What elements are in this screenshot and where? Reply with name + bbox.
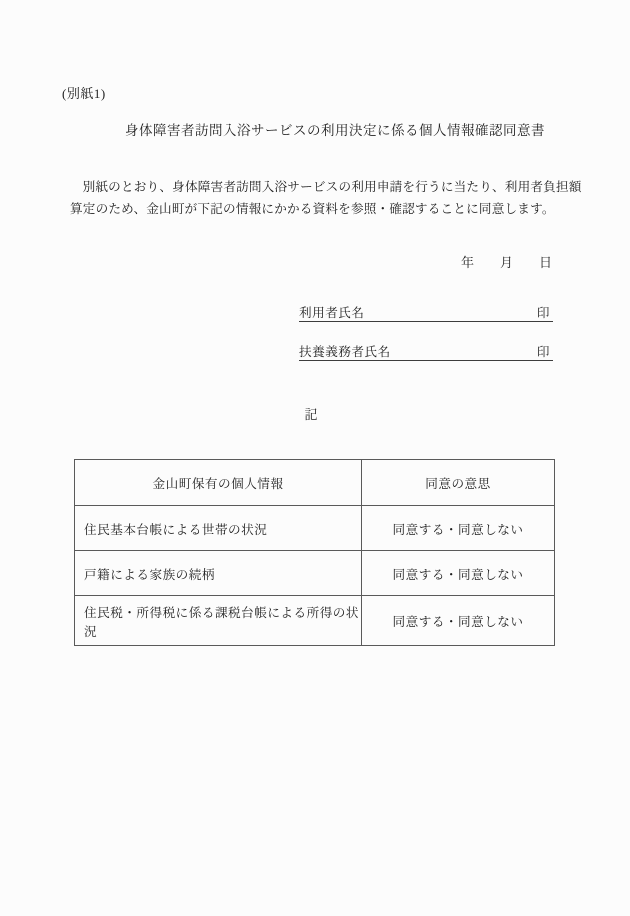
table-row: 住民基本台帳による世帯の状況 同意する・同意しない (75, 506, 555, 551)
day-label: 日 (539, 252, 552, 271)
month-label: 月 (500, 252, 513, 271)
table-header-personal-info: 金山町保有の個人情報 (75, 460, 362, 506)
body-line: 算定のため、金山町が下記の情報にかかる資料を参照・確認することに同意します。 (70, 198, 564, 220)
cell-choice-resident-register: 同意する・同意しない (362, 506, 555, 551)
cell-item-tax-register: 住民税・所得税に係る課税台帳による所得の状況 (75, 596, 362, 646)
consent-table: 金山町保有の個人情報 同意の意思 住民基本台帳による世帯の状況 同意する・同意し… (74, 459, 555, 646)
table-row: 住民税・所得税に係る課税台帳による所得の状況 同意する・同意しない (75, 596, 555, 646)
document-page: (別紙1) 身体障害者訪問入浴サービスの利用決定に係る個人情報確認同意書 別紙の… (0, 0, 630, 916)
attachment-label: (別紙1) (62, 83, 106, 102)
table-row: 戸籍による家族の続柄 同意する・同意しない (75, 551, 555, 596)
table-header-row: 金山町保有の個人情報 同意の意思 (75, 460, 555, 506)
signature-label: 利用者氏名 (299, 302, 364, 321)
date-line: 年 月 日 (461, 252, 552, 271)
cell-item-family-register: 戸籍による家族の続柄 (75, 551, 362, 596)
cell-choice-family-register: 同意する・同意しない (362, 551, 555, 596)
table-header-consent-intent: 同意の意思 (362, 460, 555, 506)
body-line: 別紙のとおり、身体障害者訪問入浴サービスの利用申請を行うに当たり、利用者負担額 (70, 176, 564, 198)
signature-row-guardian: 扶養義務者氏名 印 (299, 343, 553, 361)
seal-label: 印 (537, 302, 553, 321)
year-label: 年 (461, 252, 474, 271)
document-title: 身体障害者訪問入浴サービスの利用決定に係る個人情報確認同意書 (0, 119, 630, 139)
signature-label: 扶養義務者氏名 (299, 341, 391, 360)
cell-choice-tax-register: 同意する・同意しない (362, 596, 555, 646)
note-marker: 記 (0, 404, 622, 423)
cell-item-resident-register: 住民基本台帳による世帯の状況 (75, 506, 362, 551)
body-paragraph: 別紙のとおり、身体障害者訪問入浴サービスの利用申請を行うに当たり、利用者負担額 … (70, 176, 564, 220)
seal-label: 印 (537, 341, 553, 360)
signature-row-user: 利用者氏名 印 (299, 304, 553, 322)
